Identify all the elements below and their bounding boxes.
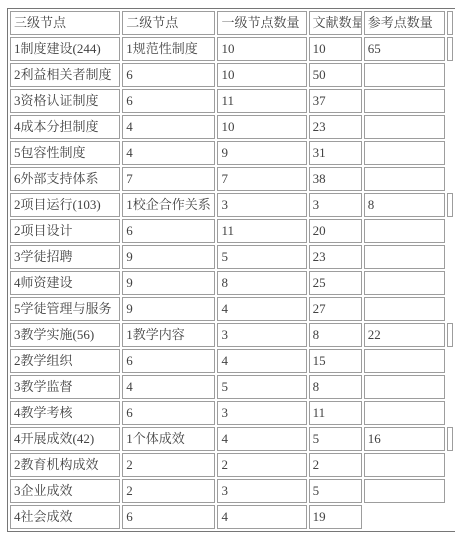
table-cell bbox=[364, 271, 445, 295]
table-cell: 4 bbox=[122, 115, 215, 139]
table-cell: 10 bbox=[309, 37, 362, 61]
table-cell: 10 bbox=[217, 115, 306, 139]
table-cell: 2项目设计 bbox=[10, 219, 120, 243]
table-cell: 2 bbox=[122, 453, 215, 477]
end-spacer-cell bbox=[447, 193, 453, 217]
table-row: 5学徒管理与服务9427 bbox=[10, 297, 453, 321]
table-cell: 6 bbox=[122, 89, 215, 113]
table-cell: 4 bbox=[217, 349, 306, 373]
table-cell: 1制度建设(244) bbox=[10, 37, 120, 61]
table-row: 2利益相关者制度61050 bbox=[10, 63, 453, 87]
table-cell: 9 bbox=[122, 245, 215, 269]
table-cell: 9 bbox=[217, 141, 306, 165]
end-spacer-cell bbox=[447, 11, 453, 35]
table-cell: 3 bbox=[309, 193, 362, 217]
table-cell bbox=[364, 63, 445, 87]
table-row: 6外部支持体系7738 bbox=[10, 167, 453, 191]
table-cell: 4 bbox=[122, 141, 215, 165]
table-cell: 10 bbox=[217, 37, 306, 61]
table-cell bbox=[364, 115, 445, 139]
table-cell: 5 bbox=[309, 479, 362, 503]
table-cell: 15 bbox=[309, 349, 362, 373]
table-cell: 3 bbox=[217, 193, 306, 217]
table-cell bbox=[364, 297, 445, 321]
table-cell: 1校企合作关系 bbox=[122, 193, 215, 217]
table-cell: 4 bbox=[122, 375, 215, 399]
table-cell: 8 bbox=[309, 375, 362, 399]
table-cell: 3资格认证制度 bbox=[10, 89, 120, 113]
table-cell: 3 bbox=[217, 401, 306, 425]
end-spacer-cell bbox=[447, 37, 453, 61]
table-cell: 1教学内容 bbox=[122, 323, 215, 347]
table-cell bbox=[364, 219, 445, 243]
table-cell: 10 bbox=[217, 63, 306, 87]
table-cell: 3 bbox=[217, 323, 306, 347]
table-row: 3教学实施(56)1教学内容3822 bbox=[10, 323, 453, 347]
table-cell bbox=[364, 89, 445, 113]
end-spacer-cell bbox=[447, 323, 453, 347]
table-cell: 3教学实施(56) bbox=[10, 323, 120, 347]
table-row: 4开展成效(42)1个体成效4516 bbox=[10, 427, 453, 451]
coding-summary-table: 三级节点二级节点一级节点数量文献数量参考点数量 1制度建设(244)1规范性制度… bbox=[7, 8, 455, 532]
table-cell: 16 bbox=[364, 427, 445, 451]
table-cell: 8 bbox=[217, 271, 306, 295]
table-cell bbox=[364, 349, 445, 373]
table-cell: 6 bbox=[122, 505, 215, 529]
table-cell: 4 bbox=[217, 427, 306, 451]
table-cell: 38 bbox=[309, 167, 362, 191]
table-cell: 11 bbox=[309, 401, 362, 425]
table-cell: 5 bbox=[309, 427, 362, 451]
table-cell: 3 bbox=[217, 479, 306, 503]
column-header: 二级节点 bbox=[122, 11, 215, 35]
header-row: 三级节点二级节点一级节点数量文献数量参考点数量 bbox=[10, 11, 453, 35]
table-cell: 2 bbox=[122, 479, 215, 503]
table-cell: 3企业成效 bbox=[10, 479, 120, 503]
column-header: 参考点数量 bbox=[364, 11, 445, 35]
table-cell bbox=[364, 245, 445, 269]
table-row: 3学徒招聘9523 bbox=[10, 245, 453, 269]
table-cell bbox=[364, 479, 445, 503]
table-cell: 31 bbox=[309, 141, 362, 165]
table-cell: 22 bbox=[364, 323, 445, 347]
table-cell: 4教学考核 bbox=[10, 401, 120, 425]
table-cell: 19 bbox=[309, 505, 362, 529]
table-cell: 5 bbox=[217, 375, 306, 399]
table-cell: 5 bbox=[217, 245, 306, 269]
table-row: 4成本分担制度41023 bbox=[10, 115, 453, 139]
table-cell: 2项目运行(103) bbox=[10, 193, 120, 217]
column-header: 文献数量 bbox=[309, 11, 362, 35]
table-cell: 27 bbox=[309, 297, 362, 321]
table-cell: 9 bbox=[122, 271, 215, 295]
table-cell: 2教育机构成效 bbox=[10, 453, 120, 477]
table-row: 3企业成效235 bbox=[10, 479, 453, 503]
table-cell: 6 bbox=[122, 63, 215, 87]
table-cell bbox=[364, 375, 445, 399]
table-cell: 23 bbox=[309, 115, 362, 139]
table-cell: 37 bbox=[309, 89, 362, 113]
table-cell: 6 bbox=[122, 349, 215, 373]
table-cell: 2 bbox=[217, 453, 306, 477]
table-cell: 23 bbox=[309, 245, 362, 269]
table-row: 3资格认证制度61137 bbox=[10, 89, 453, 113]
table-cell: 7 bbox=[217, 167, 306, 191]
table-cell: 4师资建设 bbox=[10, 271, 120, 295]
table-cell: 20 bbox=[309, 219, 362, 243]
table-cell: 9 bbox=[122, 297, 215, 321]
table-cell bbox=[364, 141, 445, 165]
table-cell: 5包容性制度 bbox=[10, 141, 120, 165]
table-cell: 3学徒招聘 bbox=[10, 245, 120, 269]
table-cell: 5学徒管理与服务 bbox=[10, 297, 120, 321]
table-row: 4社会成效6419 bbox=[10, 505, 453, 529]
table-cell: 4开展成效(42) bbox=[10, 427, 120, 451]
table-cell: 11 bbox=[217, 89, 306, 113]
table-cell: 4 bbox=[217, 505, 306, 529]
table-row: 2教育机构成效222 bbox=[10, 453, 453, 477]
table-cell: 7 bbox=[122, 167, 215, 191]
table-cell: 6外部支持体系 bbox=[10, 167, 120, 191]
column-header: 三级节点 bbox=[10, 11, 120, 35]
table-cell: 6 bbox=[122, 219, 215, 243]
table-row: 4教学考核6311 bbox=[10, 401, 453, 425]
column-header: 一级节点数量 bbox=[217, 11, 306, 35]
table-row: 2项目运行(103)1校企合作关系338 bbox=[10, 193, 453, 217]
table-cell: 1个体成效 bbox=[122, 427, 215, 451]
table-row: 4师资建设9825 bbox=[10, 271, 453, 295]
table-row: 3教学监督458 bbox=[10, 375, 453, 399]
table-row: 1制度建设(244)1规范性制度101065 bbox=[10, 37, 453, 61]
table-row: 5包容性制度4931 bbox=[10, 141, 453, 165]
table-cell bbox=[364, 401, 445, 425]
table-cell: 6 bbox=[122, 401, 215, 425]
table-row: 2教学组织6415 bbox=[10, 349, 453, 373]
table-cell: 65 bbox=[364, 37, 445, 61]
table-cell: 4 bbox=[217, 297, 306, 321]
table-cell: 2 bbox=[309, 453, 362, 477]
table-cell: 3教学监督 bbox=[10, 375, 120, 399]
table-cell: 4成本分担制度 bbox=[10, 115, 120, 139]
table-cell: 25 bbox=[309, 271, 362, 295]
table-cell: 4社会成效 bbox=[10, 505, 120, 529]
table-cell bbox=[364, 167, 445, 191]
table-cell: 2教学组织 bbox=[10, 349, 120, 373]
table-cell: 1规范性制度 bbox=[122, 37, 215, 61]
end-spacer-cell bbox=[447, 427, 453, 451]
page: 三级节点二级节点一级节点数量文献数量参考点数量 1制度建设(244)1规范性制度… bbox=[0, 0, 455, 534]
table-cell: 8 bbox=[364, 193, 445, 217]
table-row: 2项目设计61120 bbox=[10, 219, 453, 243]
table-cell bbox=[364, 453, 445, 477]
table-cell: 50 bbox=[309, 63, 362, 87]
table-cell: 2利益相关者制度 bbox=[10, 63, 120, 87]
table-cell: 11 bbox=[217, 219, 306, 243]
table-cell: 8 bbox=[309, 323, 362, 347]
